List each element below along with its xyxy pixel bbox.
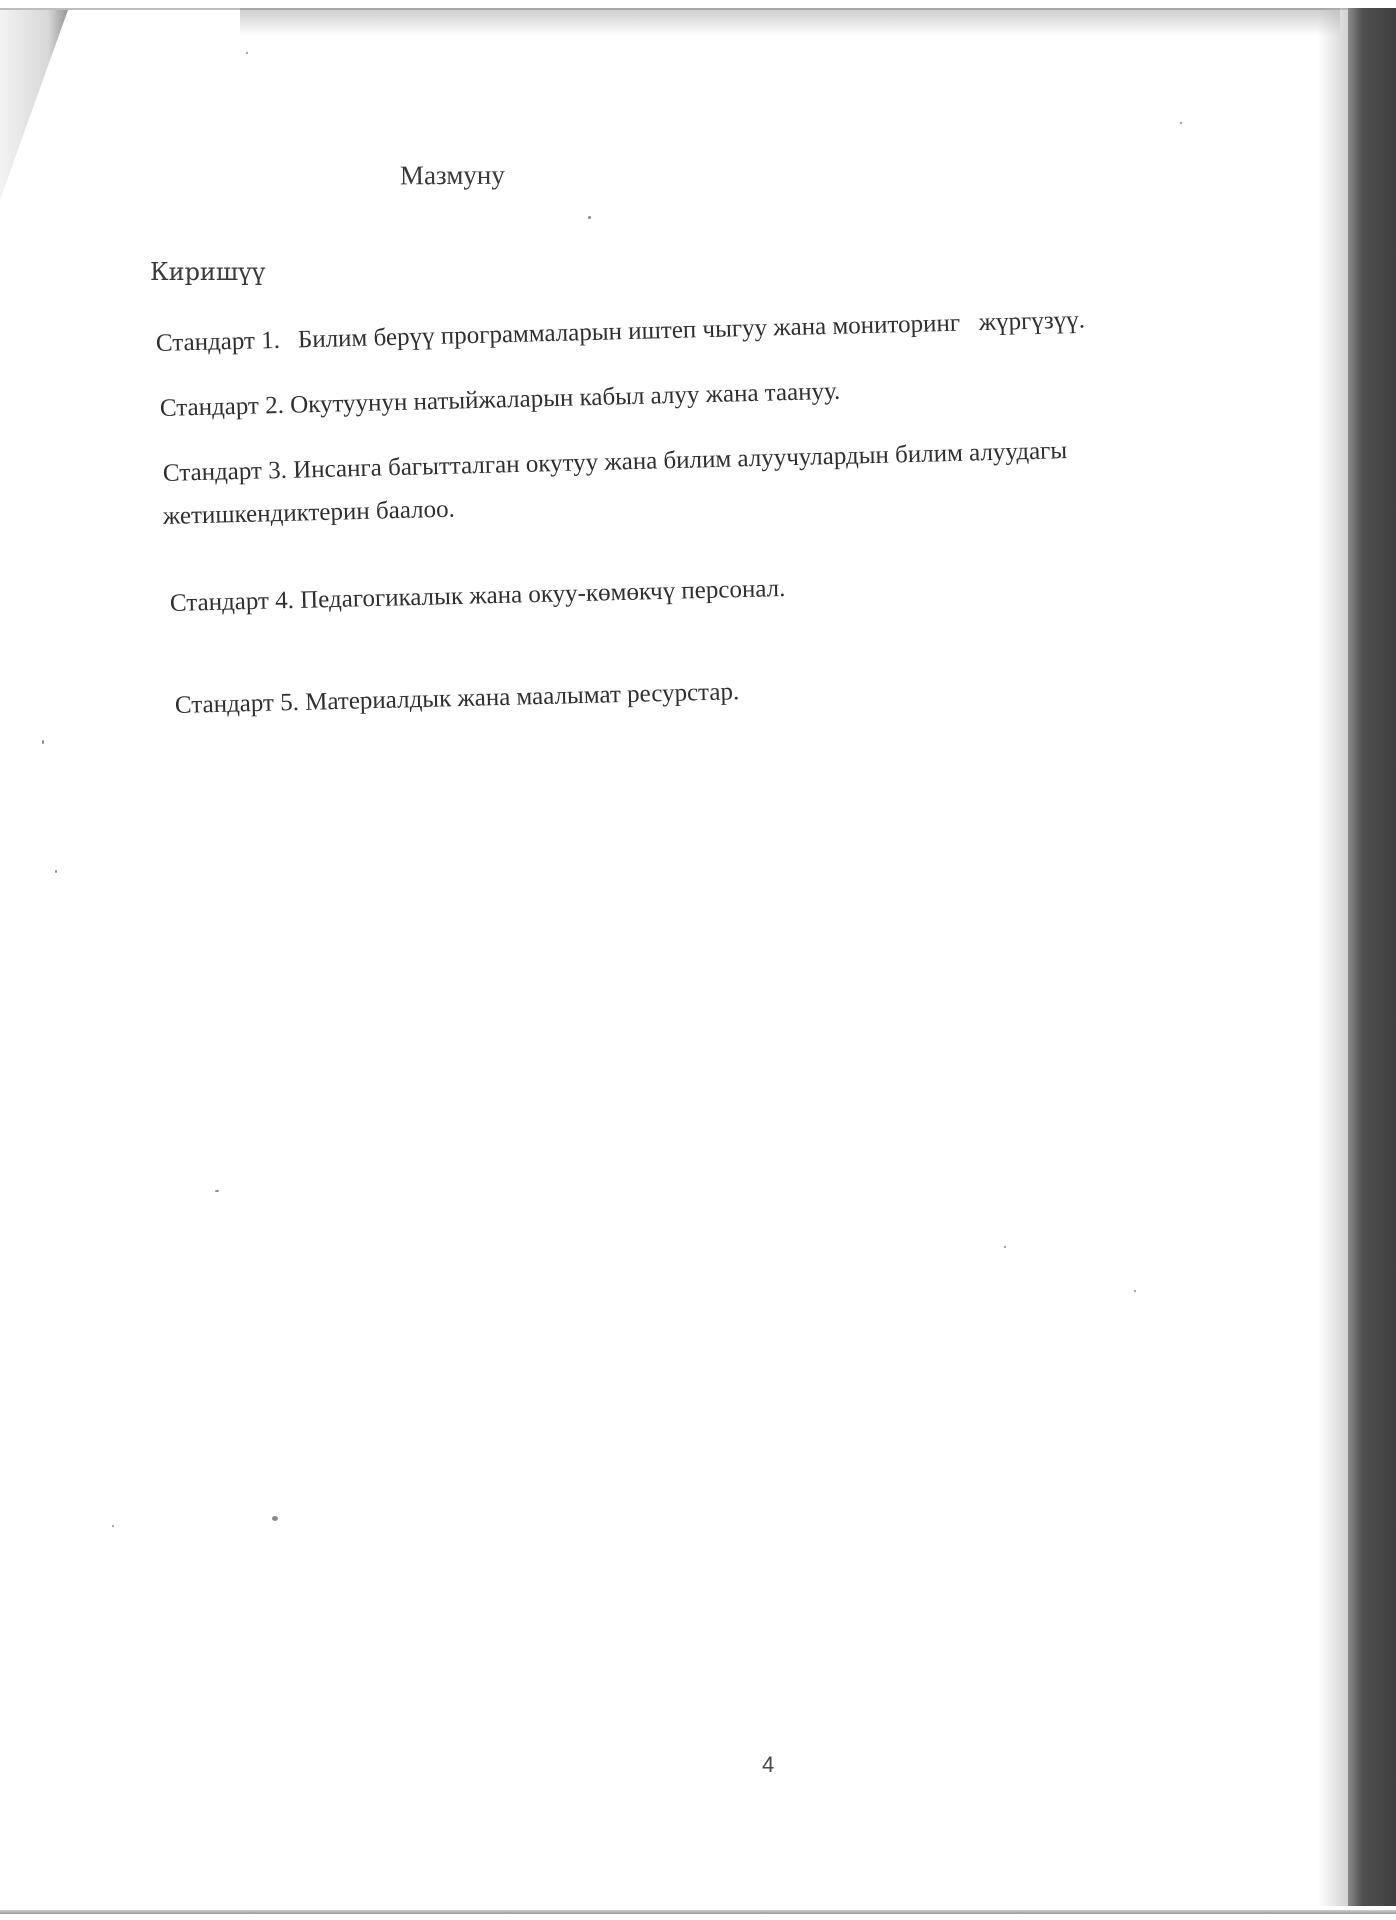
toc-entry-introduction: Киришүү [150,258,265,286]
toc-entry-label: Стандарт 2. [160,392,285,422]
toc-title: Мазмуну [400,160,505,192]
scanned-page: Мазмуну Киришүү Стандарт 1.Билим берүү п… [0,0,1396,1920]
page-number: 4 [762,1752,774,1778]
toc-entry-text: Инсанга багытталган окутуу жана билим ал… [293,437,1068,484]
page-curl-left [0,0,80,200]
scan-speck [272,1516,278,1521]
toc-entry-label: Стандарт 3. [163,457,288,487]
scan-speck [112,1525,114,1527]
toc-entry-text: Окутуунун натыйжаларын кабыл алуу жана т… [290,378,841,419]
toc-entry-label: Стандарт 5. [175,689,300,719]
scan-right-border [1348,8,1396,1906]
toc-entry-label: Стандарт 1. [156,327,281,357]
toc-entry-label: Стандарт 4. [170,587,295,617]
toc-entry-standard-4: Стандарт 4. Педагогикалык жана окуу-көмө… [170,575,786,618]
scan-speck [215,1190,219,1192]
toc-entry-standard-3-continued: жетишкендиктерин баалоо. [163,496,456,531]
toc-entry-standard-1: Стандарт 1.Билим берүү программаларын иш… [156,306,1086,358]
scan-speck [246,52,248,54]
toc-entry-standard-3: Стандарт 3. Инсанга багытталган окутуу ж… [163,437,1068,488]
scan-top-shadow [240,8,1340,36]
scan-right-shadow [1318,8,1348,1906]
scan-speck [55,870,57,873]
scan-speck [1004,1246,1006,1248]
scan-speck [1180,122,1182,124]
toc-entry-text: Материалдык жана маалымат ресурстар. [305,678,740,716]
toc-entry-text: Педагогикалык жана окуу-көмөкчү персонал… [300,575,786,614]
toc-entry-standard-2: Стандарт 2. Окутуунун натыйжаларын кабыл… [160,378,841,423]
toc-entry-standard-5: Стандарт 5. Материалдык жана маалымат ре… [175,678,740,720]
scan-speck [42,740,44,744]
scan-speck [588,216,591,219]
scan-bottom-edge [0,1910,1396,1914]
scan-speck [1134,1290,1136,1292]
toc-entry-text: Билим берүү программаларын иштеп чыгуу ж… [298,306,1086,353]
